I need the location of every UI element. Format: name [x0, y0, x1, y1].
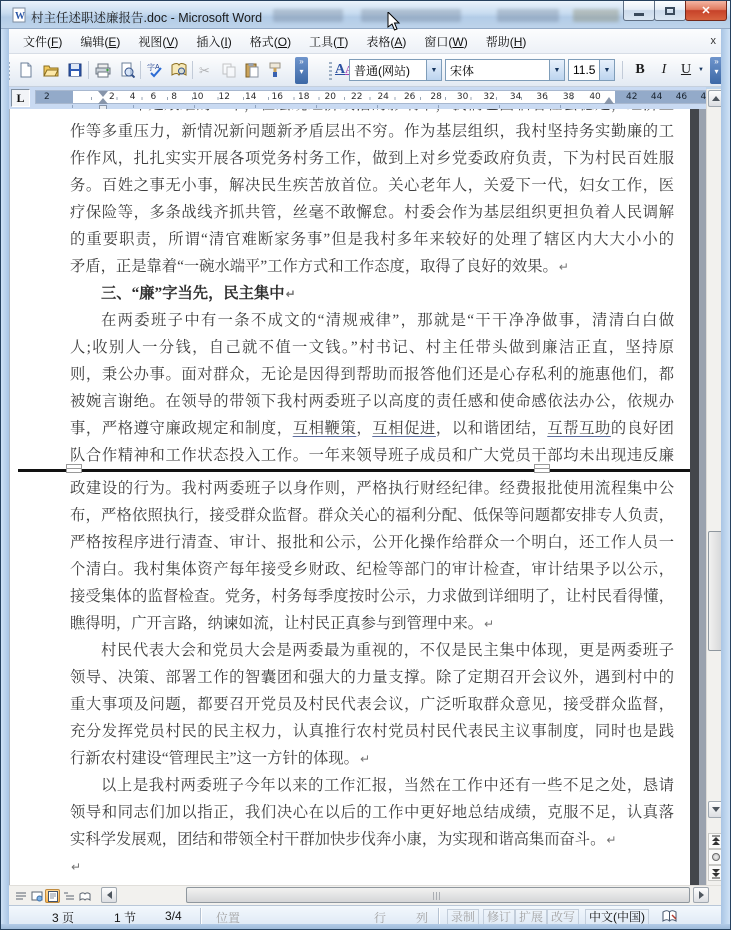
text-line: 作作风，扎扎实实开展各项党务村务工作，做到上对乡党委政府负责，下为村民百姓服: [70, 145, 674, 172]
ruler-numbers-right: 42444648: [626, 92, 712, 102]
ruler-row: L 2 246810121416182022242628303234363840…: [2, 87, 706, 109]
save-icon[interactable]: [64, 59, 86, 81]
normal-view-button[interactable]: [13, 889, 28, 903]
text-line: 个清白。我村集体资产每年接受乡财政、纪检等部门的审计检查，审计结果予以公示，: [70, 556, 674, 583]
text-line: 政建设的行为。我村两委班子以身作则，严格执行财经纪律。经费报批使用流程集中公: [70, 475, 674, 502]
menu-item-W[interactable]: 窗口(W): [415, 30, 476, 53]
text-line: 接受集体的监督检查。党务，村务每季度按时公示，力求做到详细明了，让村民看得懂，: [70, 583, 674, 610]
document-close-icon[interactable]: x: [706, 34, 722, 48]
status-divider: [200, 908, 202, 924]
document-text: 2014年是艰难的一年，在宏观经济政治的影响下，我们也面临着社会稳定，经济工作等…: [70, 109, 674, 880]
text-line: 在两委班子中有一条不成文的“清规戒律”，那就是“干干净净做事，清清白白做: [70, 307, 674, 334]
reading-layout-view-button[interactable]: [77, 889, 92, 903]
text-line: 布，严格依照执行，接受群众监督。群众关心的福利分配、低保等问题都安排专人负责，: [70, 502, 674, 529]
menu-item-A[interactable]: 表格(A): [357, 30, 415, 53]
paragraph-mark: ↵: [606, 833, 616, 847]
text-line: 以上是我村两委班子今年以来的工作汇报，当然在工作中还有一些不足之处，恳请: [70, 772, 674, 799]
chevron-down-icon[interactable]: ▼: [549, 60, 564, 80]
menu-item-F[interactable]: 文件(F): [14, 30, 71, 53]
status-rec[interactable]: 录制: [447, 909, 479, 925]
ruler-number: 24: [377, 92, 388, 102]
text-line: 行新农村建设“管理民主”这一方针的体现。↵: [70, 745, 674, 772]
ruler-numbers: 246810121416182022242628303234363840: [109, 92, 601, 102]
text-line: 重大事项及问题，都要召开党员及村民代表会议，广泛听取群众意见，接受群众监督，: [70, 691, 674, 718]
text-line: 疗保险等，多条战线齐抓共管，丝毫不敢懈怠。村委会作为基层组织更担负着人民调解: [70, 199, 674, 226]
font-size-dropdown[interactable]: 11.5 ▼: [568, 59, 615, 81]
toolbar-separator: [622, 61, 623, 79]
cut-icon: ✂: [195, 59, 217, 81]
bottom-row: [9, 885, 723, 905]
ruler-number: 8: [171, 92, 177, 102]
ruler-number: 34: [510, 92, 521, 102]
glass-reflection: [573, 9, 619, 22]
ruler-number: 30: [457, 92, 468, 102]
hanging-indent-marker[interactable]: [98, 98, 108, 104]
copy-icon: [218, 59, 240, 81]
text-line: 村民代表大会和党员大会是两委最为重视的，不仅是民主集中体现，更是两委班子: [70, 637, 674, 664]
ruler-number: 44: [651, 92, 662, 102]
print-icon[interactable]: [92, 59, 114, 81]
ruler-number: 2: [44, 92, 50, 102]
text-line: 人;收别人一分钱，自己就不值一文钱。”村书记、村主任带头做到廉洁正直，坚持原: [70, 334, 674, 361]
ruler-number: 20: [324, 92, 335, 102]
text-line: 队合作精神和工作状态投入工作。一年来领导班子成员和广大党员干部均未出现违反廉: [70, 442, 674, 469]
toolbar-grip[interactable]: [329, 62, 332, 80]
status-rev[interactable]: 修订: [483, 909, 515, 925]
menu-item-O[interactable]: 格式(O): [241, 30, 300, 53]
underline-options-icon[interactable]: ▼: [698, 67, 704, 73]
svg-text:✂: ✂: [199, 63, 210, 78]
ruler-number: 22: [351, 92, 362, 102]
ruler-number: 38: [563, 92, 574, 102]
ruler-number: 42: [626, 92, 637, 102]
print-preview-icon[interactable]: [116, 59, 138, 81]
status-ovr[interactable]: 改写: [547, 909, 579, 925]
status-position: 3/4: [165, 909, 182, 923]
page-break-mark: [66, 464, 82, 473]
web-layout-view-button[interactable]: [29, 889, 44, 903]
paragraph-mark: ↵: [286, 287, 296, 301]
title-bar: W 村主任述职述廉报告.doc - Microsoft Word ✕: [1, 1, 730, 29]
document-page[interactable]: 2014年是艰难的一年，在宏观经济政治的影响下，我们也面临着社会稳定，经济工作等…: [9, 109, 690, 885]
spelling-grammar-icon[interactable]: 字A: [144, 59, 166, 81]
text-line: 事，严格遵守廉政规定和制度，互相鞭策，互相促进，以和谐团结，互帮互助的良好团: [70, 415, 674, 442]
status-divider: [438, 908, 440, 924]
toolbar-separator: [88, 61, 89, 79]
toolbar-options-icon[interactable]: »▾: [295, 57, 308, 84]
paragraph-mark: ↵: [71, 860, 81, 874]
text-line: 务。百姓之事无小事，解决民生疾苦放首位。关心老年人，关爱下一代，妇女工作，医: [70, 172, 674, 199]
menu-item-V[interactable]: 视图(V): [129, 30, 187, 53]
toolbar: 字A ✂ »▾ A A 普通(网站) ▼ 宋体 ▼ 11.5 ▼ B I U: [2, 54, 729, 87]
first-line-indent-marker[interactable]: [98, 91, 108, 97]
word-window: W 村主任述职述廉报告.doc - Microsoft Word ✕ 文件(F)…: [0, 0, 731, 930]
menu-item-E[interactable]: 编辑(E): [71, 30, 129, 53]
menu-item-I[interactable]: 插入(I): [187, 30, 240, 53]
default-tab-stops: [72, 105, 614, 108]
horizontal-scrollbar-thumb[interactable]: [186, 887, 690, 903]
open-icon[interactable]: [40, 59, 62, 81]
new-document-icon[interactable]: [15, 59, 37, 81]
ruler-number: 18: [298, 92, 309, 102]
text-line: 充分发挥党员村民的民主权力，认真推行农村党员村民代表民主议事制度，同时也是践: [70, 718, 674, 745]
text-line: 领导和同志们加以指正，我们决心在以后的工作中更好地总结成绩，克服不足，认真落: [70, 799, 674, 826]
mouse-cursor: [387, 12, 401, 32]
toolbar-separator: [192, 61, 193, 79]
window-frame-bottom: [1, 924, 730, 929]
glass-reflection: [497, 9, 559, 22]
ruler-number: 26: [404, 92, 415, 102]
menu-item-H[interactable]: 帮助(H): [477, 30, 536, 53]
text-line: 的重要职责，所谓“清官难断家务事”但是我村多年来较好的处理了辖区内大大小小的: [70, 226, 674, 253]
style-dropdown[interactable]: 普通(网站) ▼: [349, 59, 442, 81]
chevron-down-icon[interactable]: ▼: [426, 60, 441, 80]
paragraph-mark: ↵: [484, 617, 494, 631]
svg-text:W: W: [15, 11, 25, 22]
research-icon[interactable]: [168, 59, 190, 81]
text-line: 被婉言谢绝。在领导的带领下我村两委班子以高度的责任感和使命感依法办公，依规办: [70, 388, 674, 415]
ruler-number: 14: [245, 92, 256, 102]
font-value: 宋体: [446, 62, 549, 79]
outline-view-button[interactable]: [61, 889, 76, 903]
text-line: 领导、决策、部署工作的智囊团和强大的力量支撑。除了定期召开会议外，遇到村中的: [70, 664, 674, 691]
text-line: 2014年是艰难的一年，在宏观经济政治的影响下，我们也面临着社会稳定，经济工: [70, 109, 674, 118]
paragraph-mark: ↵: [360, 752, 370, 766]
glass-reflection: [273, 9, 343, 22]
ruler-number: 40: [589, 92, 600, 102]
scroll-right-icon[interactable]: [693, 887, 709, 903]
ruler-number: 6: [151, 92, 157, 102]
status-lang[interactable]: 中文(中国): [585, 909, 649, 925]
minimize-button[interactable]: [623, 1, 655, 21]
menu-items: 文件(F)编辑(E)视图(V)插入(I)格式(O)工具(T)表格(A)窗口(W)…: [14, 30, 535, 53]
paragraph-mark: ↵: [559, 260, 569, 274]
heading-line: 三、“廉”字当先，民主集中↵: [70, 280, 674, 307]
status-ext[interactable]: 扩展: [515, 909, 547, 925]
bold-button[interactable]: B: [629, 59, 651, 81]
ruler-number: 46: [676, 92, 687, 102]
ruler-number: 10: [192, 92, 203, 102]
ruler-number: 32: [483, 92, 494, 102]
text-line: 瞧得明，广开言路，纳谏如流，让村民正真参与到管理中来。↵: [70, 610, 674, 637]
underline-button[interactable]: U: [675, 59, 697, 81]
scroll-left-icon[interactable]: [101, 887, 117, 903]
tab-stop-selector[interactable]: L: [11, 89, 30, 107]
menu-bar: 文件(F)编辑(E)视图(V)插入(I)格式(O)工具(T)表格(A)窗口(W)…: [2, 29, 729, 54]
font-size-value: 11.5: [569, 63, 599, 77]
text-line: 实科学发展观，团结和带领全村干群加快步伐奔小康，为实现和谐高集而奋斗。↵: [70, 826, 674, 853]
word-document-icon: W: [11, 7, 27, 28]
menu-item-T[interactable]: 工具(T): [300, 30, 357, 53]
page-break-mark: [534, 464, 550, 473]
page-edge: [699, 109, 706, 885]
svg-text:字: 字: [147, 62, 155, 72]
close-button[interactable]: ✕: [685, 1, 727, 21]
status-bar: 3 页1 节3/4位置行列录制修订扩展改写中文(中国): [2, 905, 723, 926]
ruler-number: 16: [272, 92, 283, 102]
toolbar-separator: [140, 61, 141, 79]
text-line: 严格按程序进行清查、审计、报批和公示，公开化操作给群众一个明白，还工作人员一: [70, 529, 674, 556]
page-edge-shadow: [690, 109, 699, 885]
right-indent-marker[interactable]: [604, 97, 614, 104]
window-title: 村主任述职述廉报告.doc - Microsoft Word: [31, 8, 262, 26]
maximize-button[interactable]: [654, 1, 686, 21]
ruler-number: 36: [536, 92, 547, 102]
print-layout-view-button[interactable]: [45, 889, 60, 903]
font-dropdown[interactable]: 宋体 ▼: [445, 59, 565, 81]
window-frame-right: [721, 29, 730, 929]
text-line: 作等多重压力，新情况新问题新矛盾层出不穷。作为基层组织，我村坚持务实勤廉的工: [70, 118, 674, 145]
ruler-number: 28: [430, 92, 441, 102]
ruler-number: 4: [130, 92, 136, 102]
ruler-number: 12: [219, 92, 230, 102]
horizontal-ruler[interactable]: 2 246810121416182022242628303234363840 4…: [35, 90, 714, 104]
chevron-down-icon[interactable]: ▼: [599, 60, 614, 80]
glass-reflection: [361, 9, 461, 22]
format-painter-icon[interactable]: [264, 59, 286, 81]
ruler-number: 2: [109, 92, 115, 102]
italic-button[interactable]: I: [653, 59, 675, 81]
paste-icon[interactable]: [241, 59, 263, 81]
text-line: ↵: [70, 853, 674, 880]
horizontal-scrollbar[interactable]: [122, 886, 701, 905]
text-line: 则，秉公办事。面对群众，无论是因得到帮助而报答他们还是心存私利的施惠他们，都: [70, 361, 674, 388]
page-break-line: [18, 469, 690, 475]
style-value: 普通(网站): [350, 62, 426, 79]
text-line: 矛盾，正是靠着“一碗水端平”工作方式和工作态度，取得了良好的效果。↵: [70, 253, 674, 280]
window-frame-left: [1, 29, 9, 929]
